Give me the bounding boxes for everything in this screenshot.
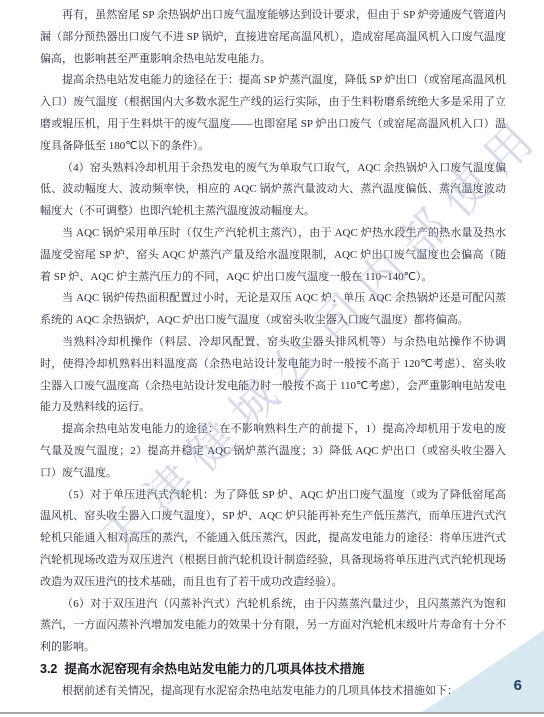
section-heading-number: 3.2 [40, 662, 57, 676]
paragraph: （4）窑头熟料冷却机用于余热发电的废气为单取气口取气，AQC 余热锅炉入口废气温… [40, 158, 506, 223]
paragraph: 再有，虽然窑尾 SP 余热锅炉出口废气温度能够达到设计要求，但由于 SP 炉旁通… [40, 5, 506, 70]
page-bottom-border [0, 712, 544, 714]
paragraph: （5）对于单压进汽式汽轮机：为了降低 SP 炉、AQC 炉出口废气温度（或为了降… [40, 485, 506, 594]
paragraph: 当 AQC 锅炉采用单压时（仅生产汽轮机主蒸汽），由于 AQC 炉热水段生产的热… [40, 223, 506, 288]
document-body: 再有，虽然窑尾 SP 余热锅炉出口废气温度能够达到设计要求，但由于 SP 炉旁通… [40, 5, 506, 703]
paragraph: 根据前述有关情况，提高现有水泥窑余热电站发电能力的几项具体技术措施如下： [40, 681, 506, 703]
paragraph: （6）对于双压进汽（闪蒸补汽式）汽轮机系统，由于闪蒸蒸汽量过少，且闪蒸蒸汽为饱和… [40, 594, 506, 659]
paragraph: 提高余热电站发电能力的途径：在不影响熟料生产的前提下，1）提高冷却机用于发电的废… [40, 419, 506, 484]
paragraph: 提高余热电站发电能力的途径在于：提高 SP 炉蒸汽温度，降低 SP 炉出口（或窑… [40, 70, 506, 157]
paragraph: 当 AQC 锅炉传热面积配置过小时，无论是双压 AQC 炉、单压 AQC 余热锅… [40, 288, 506, 332]
section-heading-text: 提高水泥窑现有余热电站发电能力的几项具体技术措施 [64, 662, 364, 676]
page-number: 6 [514, 677, 522, 694]
section-heading: 3.2提高水泥窑现有余热电站发电能力的几项具体技术措施 [40, 659, 506, 681]
paragraph: 当熟料冷却机操作（料层、冷却风配置、窑头收尘器头排风机等）与余热电站操作不协调时… [40, 332, 506, 419]
